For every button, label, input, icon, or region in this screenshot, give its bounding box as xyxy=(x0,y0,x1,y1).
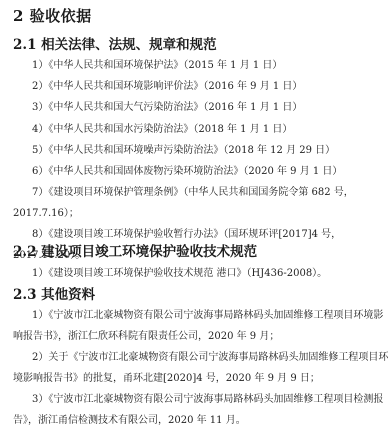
list-item-continuation: 2017.7.16）； xyxy=(13,204,79,219)
list-item: 4）《中华人民共和国水污染防治法》（2018 年 1 月 1 日） xyxy=(32,120,292,135)
section-heading-2-1: 2.1 相关法律、法规、规章和规范 xyxy=(13,33,217,53)
list-item-continuation: 告》，浙江甬信检测技术有限公司，2020 年 11 月。 xyxy=(13,411,246,426)
list-item: 3）《宁波市江北豪城物资有限公司宁波海事局路林码头加固维修工程项目检测报 xyxy=(32,390,383,405)
list-item: 1）《建设项目竣工环境保护验收技术规范 港口》（HJ436-2008）。 xyxy=(32,264,327,279)
section-heading-2-2: 2.2 建设项目竣工环境保护验收技术规范 xyxy=(13,240,257,260)
list-item: 8）《建设项目竣工环境保护验收暂行办法》（国环规环评[2017]4 号， xyxy=(32,225,341,240)
list-item: 1）《中华人民共和国环境保护法》（2015 年 1 月 1 日） xyxy=(32,56,282,71)
section-heading-2-3: 2.3 其他资料 xyxy=(13,283,95,303)
list-item: 7）《建设项目环境保护管理条例》（中华人民共和国国务院令第 682 号， xyxy=(32,183,354,198)
chapter-title: 2 验收依据 xyxy=(13,5,92,26)
list-item: 3）《中华人民共和国大气污染防治法》（2016 年 1 月 1 日） xyxy=(32,98,302,113)
list-item: 2）关于《宁波市江北豪城物资有限公司宁波海事局路林码头加固维修工程项目环 xyxy=(32,348,388,363)
list-item: 2）《中华人民共和国环境影响评价法》（2016 年 9 月 1 日） xyxy=(32,77,302,92)
list-item-continuation: 境影响报告书》的批复，甬环北建[2020]4 号，2020 年 9 月 9 日； xyxy=(13,369,320,384)
list-item: 1）《宁波市江北豪城物资有限公司宁波海事局路林码头加固维修工程项目环境影 xyxy=(32,306,383,321)
list-item: 5）《中华人民共和国环境噪声污染防治法》（2018 年 12 月 29 日） xyxy=(32,141,335,156)
list-item-continuation: 响报告书》，浙江仁欣环科院有限责任公司，2020 年 9 月； xyxy=(13,327,279,342)
list-item: 6）《中华人民共和国固体废物污染环境防治法》（2020 年 9 月 1 日） xyxy=(32,162,342,177)
